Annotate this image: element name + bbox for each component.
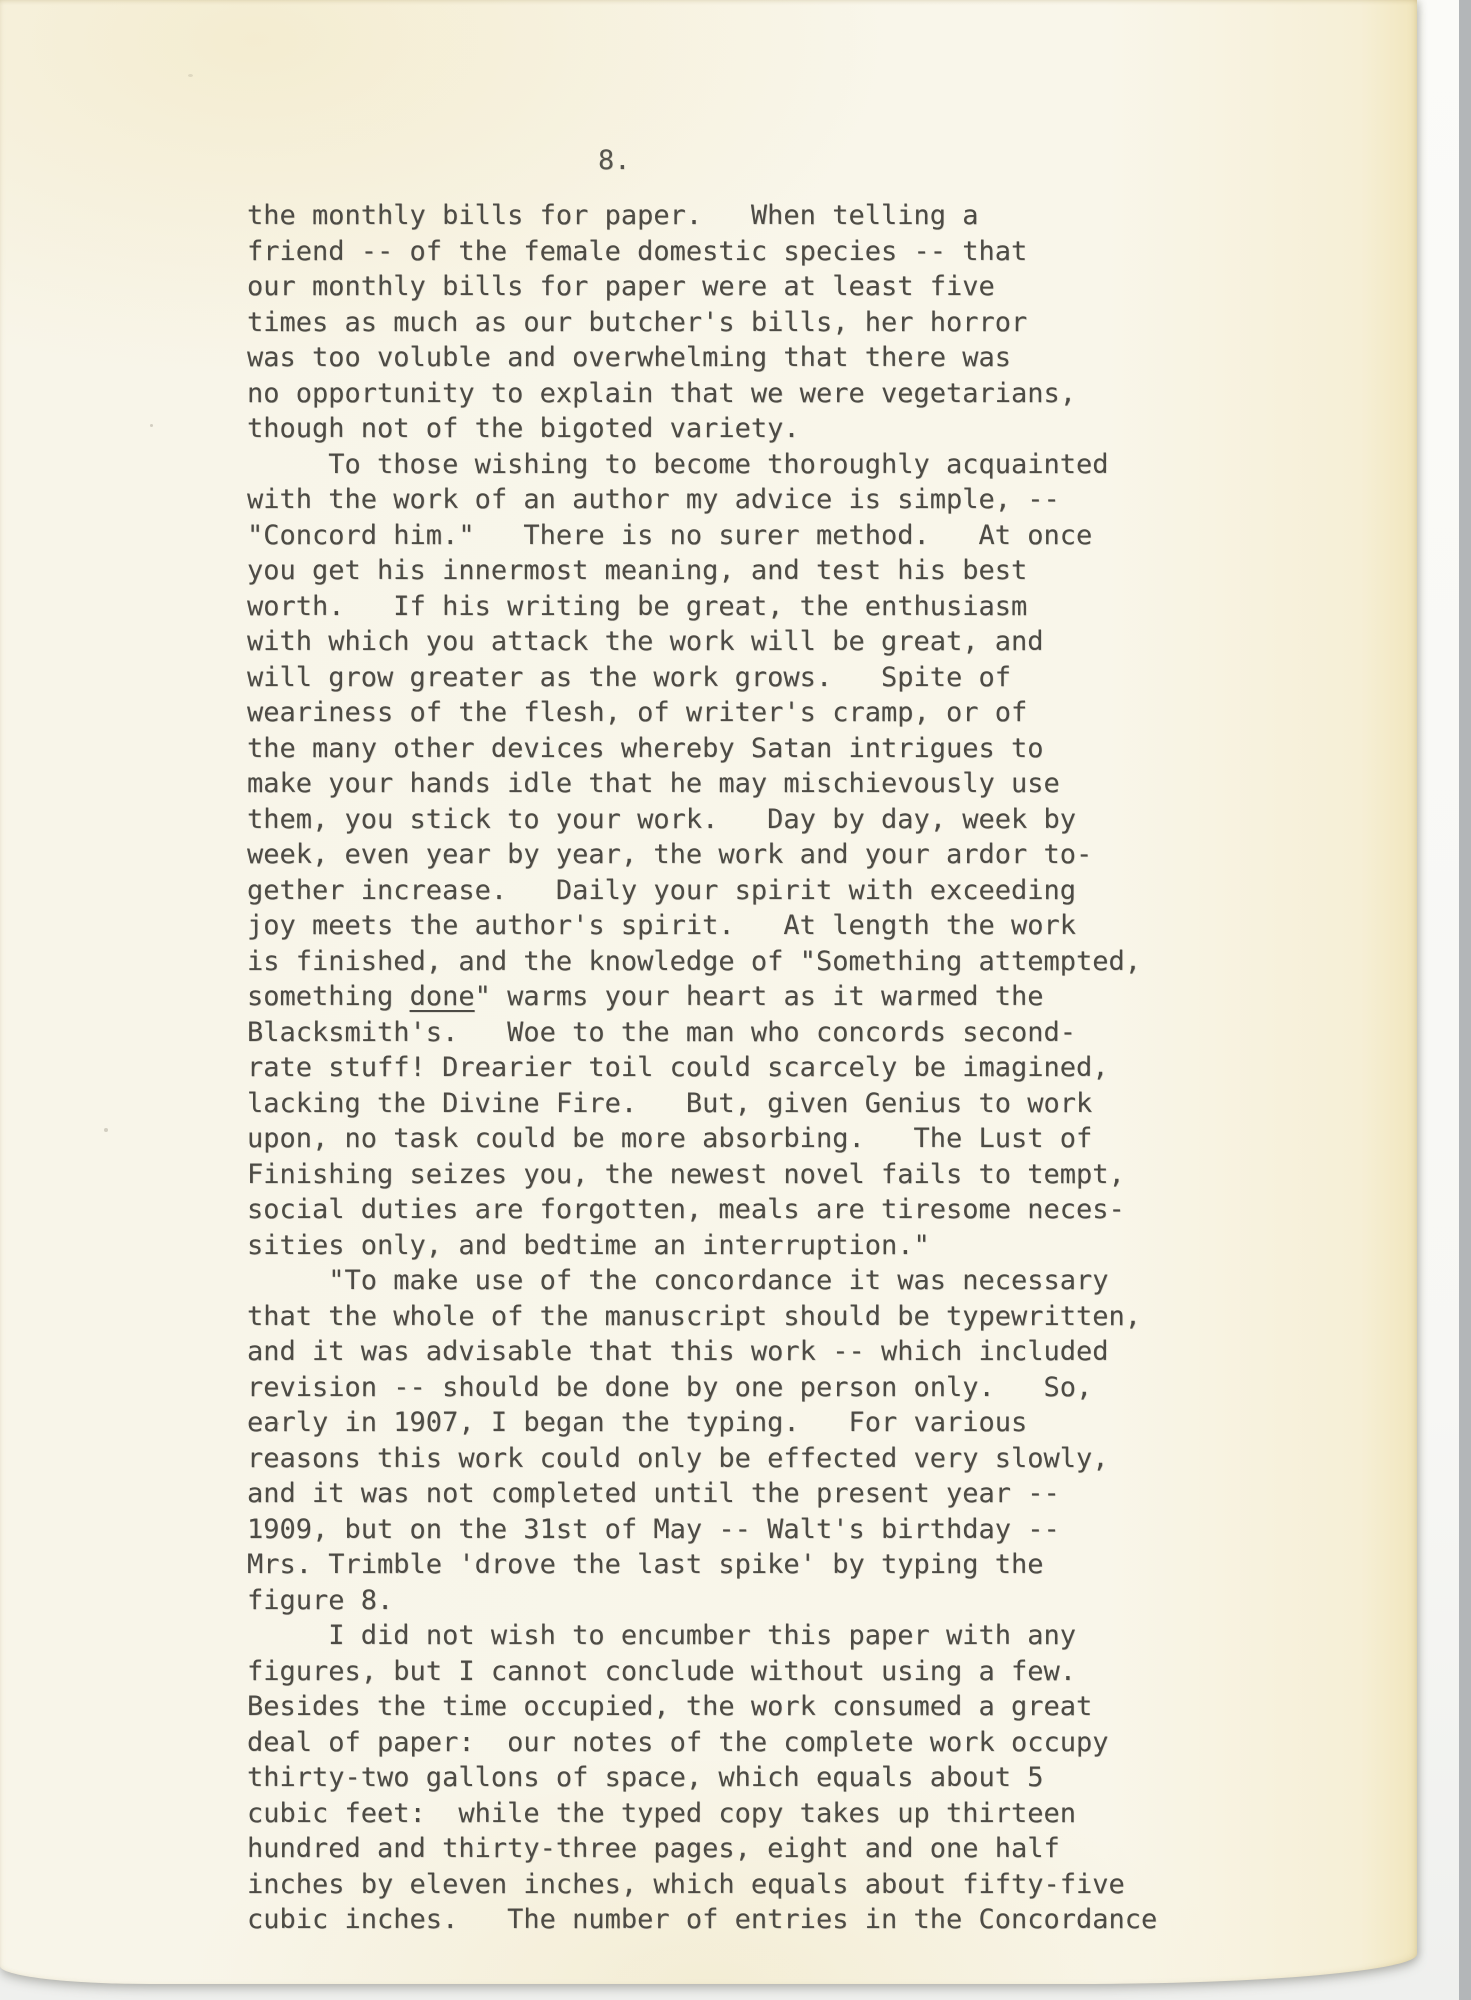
paper-speck bbox=[188, 74, 193, 77]
page-number: 8. bbox=[598, 146, 631, 176]
paragraph: the monthly bills for paper. When tellin… bbox=[247, 198, 1437, 447]
paragraph: I did not wish to encumber this paper wi… bbox=[247, 1618, 1437, 1938]
scanned-document: 8. the monthly bills for paper. When tel… bbox=[0, 0, 1471, 2000]
typewritten-text: the monthly bills for paper. When tellin… bbox=[247, 198, 1437, 1938]
paper-speck bbox=[104, 1128, 108, 1132]
paper-speck bbox=[276, 1422, 279, 1425]
document-page: 8. the monthly bills for paper. When tel… bbox=[0, 0, 1417, 1984]
paper-speck bbox=[150, 424, 153, 427]
paragraph: "To make use of the concordance it was n… bbox=[247, 1263, 1437, 1618]
paragraph: To those wishing to become thoroughly ac… bbox=[247, 447, 1437, 1264]
